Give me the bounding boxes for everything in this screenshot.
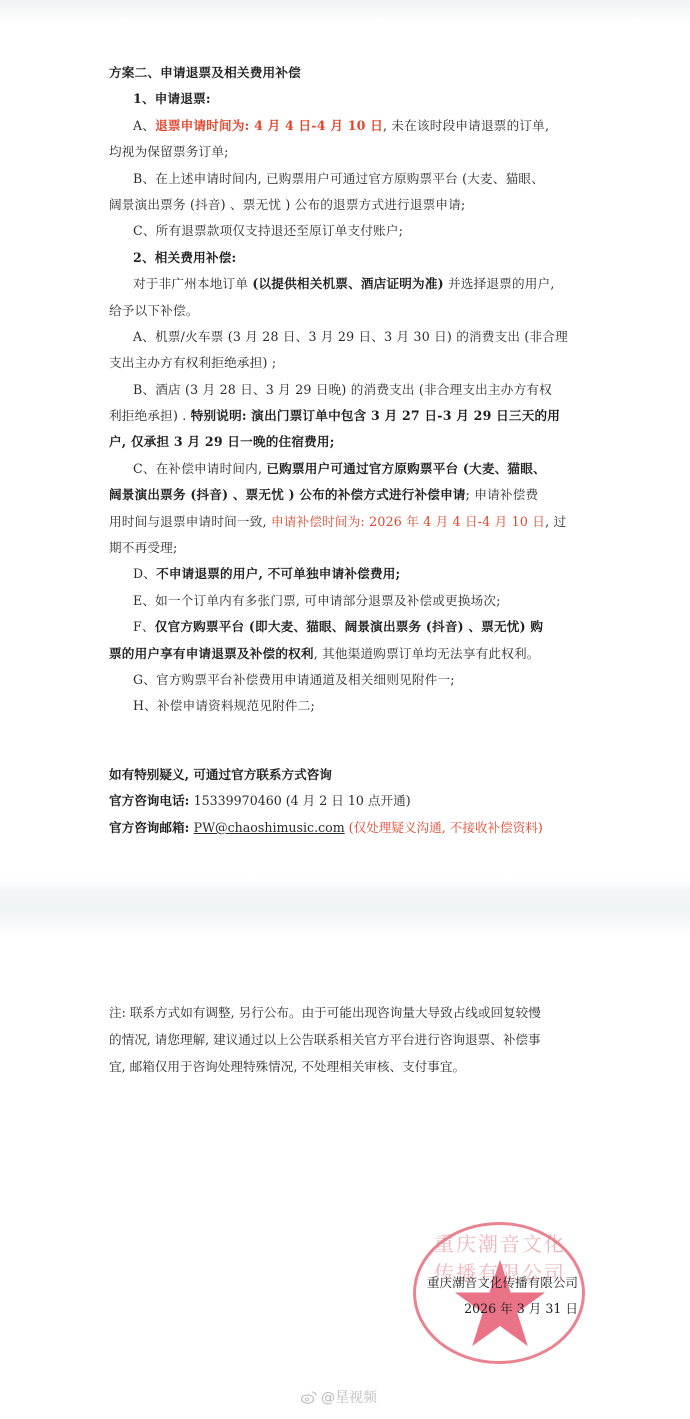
item-1c: C、所有退票款项仅支持退还至原订单支付账户; <box>109 218 579 244</box>
item-2c-cont3: 期不再受理; <box>109 535 579 561</box>
footnote-line-3: 宜, 邮箱仅用于咨询处理特殊情况, 不处理相关审核、支付事宜。 <box>109 1053 581 1080</box>
refund-period-highlight: 退票申请时间为: 4 月 4 日-4 月 10 日 <box>155 118 383 133</box>
contact-email: 官方咨询邮箱: PW@chaoshimusic.com (仅处理疑义沟通, 不接… <box>109 815 543 841</box>
document-title: 方案二、申请退票及相关费用补偿 <box>109 60 579 86</box>
section-1-heading: 1、申请退票: <box>109 86 579 112</box>
item-2b-cont2: 户, 仅承担 3 月 29 日一晚的住宿费用; <box>109 429 579 455</box>
company-name: 重庆潮音文化传播有限公司 <box>412 1270 578 1296</box>
item-2a-cont: 支出主办方有权利拒绝承担) ; <box>109 350 579 376</box>
signature-date: 2026 年 3 月 31 日 <box>412 1296 578 1322</box>
section-2-heading: 2、相关费用补偿: <box>109 245 579 271</box>
special-note: 特别说明: 演出门票订单中包含 3 月 27 日-3 月 29 日三天的用 <box>191 408 560 423</box>
item-1a: A、退票申请时间为: 4 月 4 日-4 月 10 日, 未在该时段申请退票的订… <box>109 113 579 139</box>
compensation-period-highlight: 申请补偿时间为: 2026 年 4 月 4 日-4 月 10 日 <box>271 514 545 529</box>
footnote-line-1: 注: 联系方式如有调整, 另行公布。由于可能出现咨询量大导致占线或回复较慢 <box>109 999 581 1026</box>
contact-intro: 如有特别疑义, 可通过官方联系方式咨询 <box>109 762 543 788</box>
notice-body: 方案二、申请退票及相关费用补偿 1、申请退票: A、退票申请时间为: 4 月 4… <box>109 60 579 720</box>
email-note: (仅处理疑义沟通, 不接收补偿资料) <box>345 820 543 835</box>
section-2-intro-cont: 给予以下补偿。 <box>109 298 579 324</box>
item-1a-cont: 均视为保留票务订单; <box>109 139 579 165</box>
item-2a: A、机票/火车票 (3 月 28 日、3 月 29 日、3 月 30 日) 的消… <box>109 324 579 350</box>
item-2e: E、如一个订单内有多张门票, 可申请部分退票及补偿或更换场次; <box>109 588 579 614</box>
email-link[interactable]: PW@chaoshimusic.com <box>194 820 345 835</box>
weibo-icon <box>300 1390 318 1404</box>
item-1b-cont: 阔景演出票务 (抖音) 、票无忧 ) 公布的退票方式进行退票申请; <box>109 192 579 218</box>
scan-noise-top <box>0 0 690 22</box>
footnote: 注: 联系方式如有调整, 另行公布。由于可能出现咨询量大导致占线或回复较慢 的情… <box>109 999 581 1080</box>
item-2f-cont: 票的用户享有申请退票及补偿的权利, 其他渠道购票订单均无法享有此权利。 <box>109 641 579 667</box>
item-2c-cont2: 用时间与退票申请时间一致, 申请补偿时间为: 2026 年 4 月 4 日-4 … <box>109 509 579 535</box>
item-2c: C、在补偿申请时间内, 已购票用户可通过官方原购票平台 (大麦、猫眼、 <box>109 456 579 482</box>
item-2g: G、官方购票平台补偿费用申请通道及相关细则见附件一; <box>109 667 579 693</box>
phone-number[interactable]: 15339970460 (4 月 2 日 10 点开通) <box>194 793 411 808</box>
scan-noise-band <box>0 878 690 934</box>
watermark-text: @星视频 <box>321 1387 377 1407</box>
item-2h: H、补偿申请资料规范见附件二; <box>109 693 579 719</box>
item-1b: B、在上述申请时间内, 已购票用户可通过官方原购票平台 (大麦、猫眼、 <box>109 166 579 192</box>
item-2b-cont: 利拒绝承担) . 特别说明: 演出门票订单中包含 3 月 27 日-3 月 29… <box>109 403 579 429</box>
item-2b: B、酒店 (3 月 28 日、3 月 29 日晚) 的消费支出 (非合理支出主办… <box>109 377 579 403</box>
item-2c-cont: 阔景演出票务 (抖音) 、票无忧 ) 公布的补偿方式进行补偿申请; 申请补偿费 <box>109 482 579 508</box>
item-2d: D、不申请退票的用户, 不可单独申请补偿费用; <box>109 561 579 587</box>
section-2-intro: 对于非广州本地订单 (以提供相关机票、酒店证明为准) 并选择退票的用户, <box>109 271 579 297</box>
item-2f: F、仅官方购票平台 (即大麦、猫眼、阔景演出票务 (抖音) 、票无忧) 购 <box>109 614 579 640</box>
watermark: @星视频 <box>300 1387 377 1407</box>
contact-info: 如有特别疑义, 可通过官方联系方式咨询 官方咨询电话: 15339970460 … <box>109 762 543 841</box>
footnote-line-2: 的情况, 请您理解, 建议通过以上公告联系相关官方平台进行咨询退票、补偿事 <box>109 1026 581 1053</box>
contact-phone: 官方咨询电话: 15339970460 (4 月 2 日 10 点开通) <box>109 788 543 814</box>
signature-block: 重庆潮音文化传播有限公司 2026 年 3 月 31 日 <box>412 1270 578 1322</box>
